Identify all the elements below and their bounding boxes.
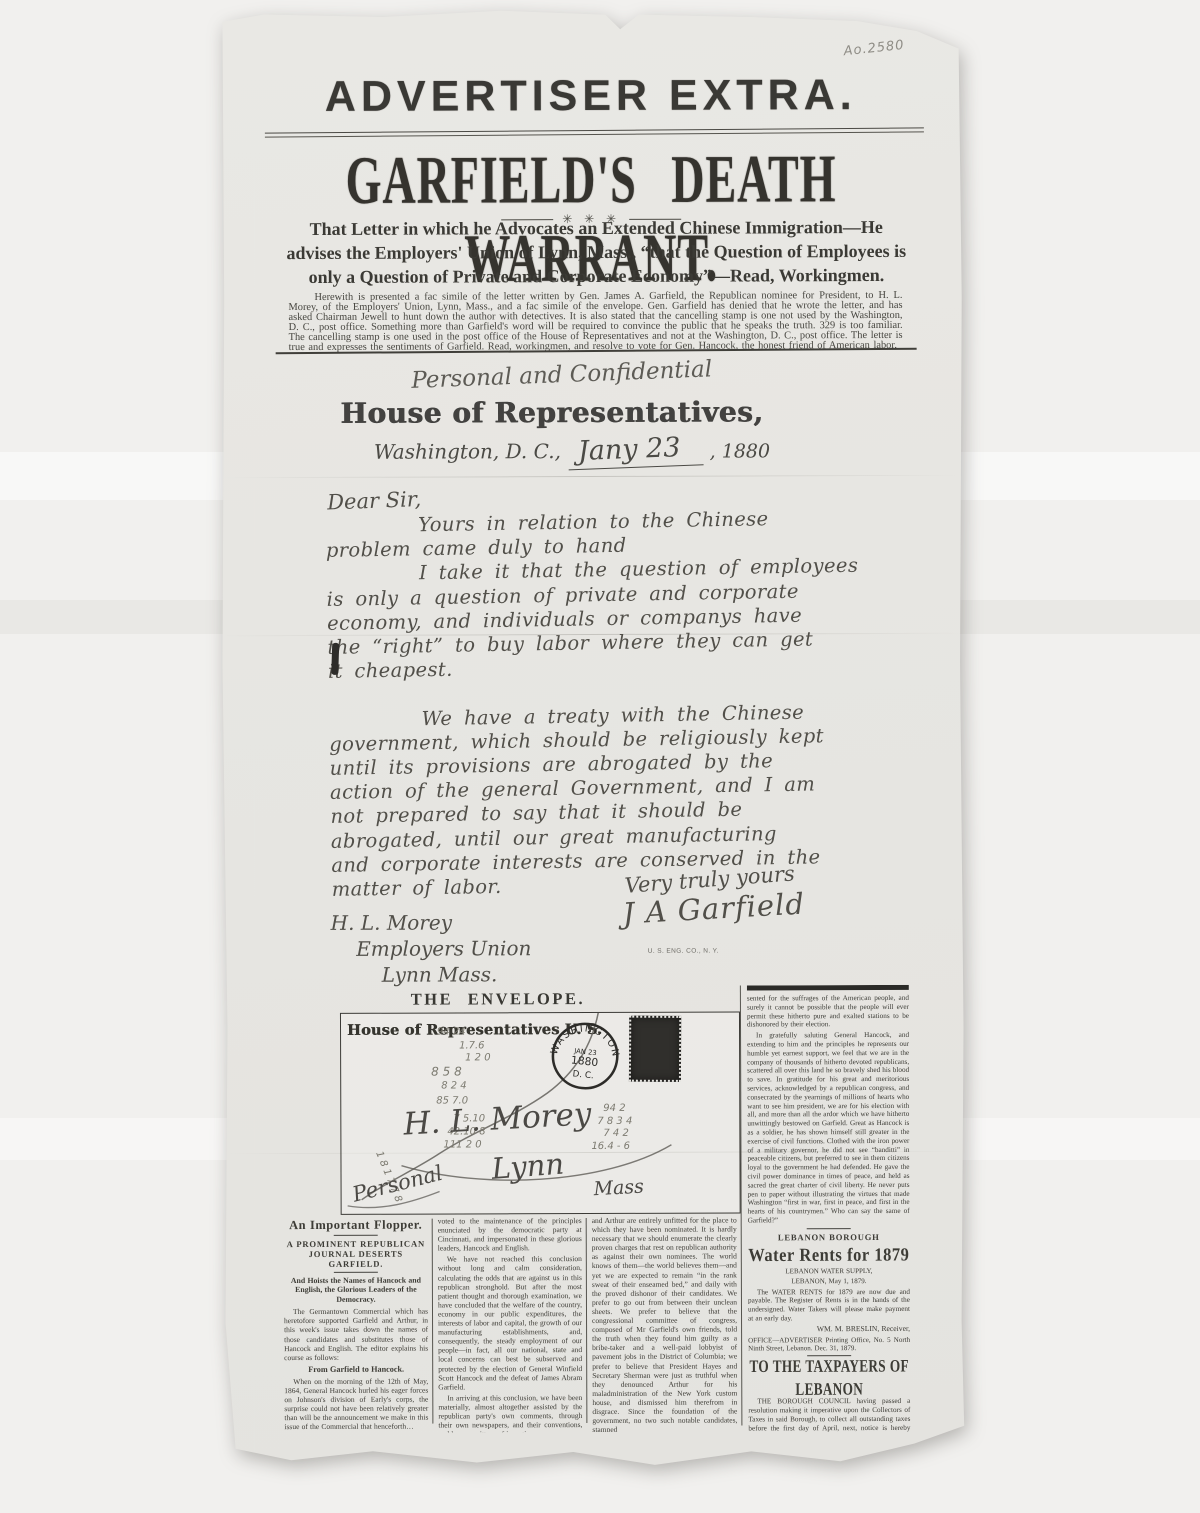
letter-dateline: Washington, D. C., Jany 23 , 1880 xyxy=(221,433,923,469)
masthead: ADVERTISER EXTRA. xyxy=(220,71,962,123)
ink-blot xyxy=(331,643,339,675)
news-block-p: THE BOROUGH COUNCIL having passed a reso… xyxy=(748,1397,910,1433)
news-block-ctr: LEBANON WATER SUPPLY, xyxy=(748,1267,910,1276)
accession-number: Ao.2580 xyxy=(843,38,905,60)
pencil-scribble: 7 8 3 4 xyxy=(597,1116,632,1127)
cancelled-stamp xyxy=(629,1016,681,1082)
addressee-line: Lynn Mass. xyxy=(331,961,532,988)
news-block-ctr: LEBANON, May 1, 1879. xyxy=(748,1277,910,1286)
washington-postmark: WASHINGTON JAN 23 1880 D. C. xyxy=(542,1013,627,1098)
paper-wrapper: Ao.2580 ADVERTISER EXTRA. GARFIELD'S DEA… xyxy=(222,6,964,1468)
news-column-2: voted to the maintenance of the principl… xyxy=(438,1216,583,1433)
letter-addressee: H. L. Morey Employers Union Lynn Mass. xyxy=(331,909,532,988)
pencil-scribble: 94 2 xyxy=(603,1103,625,1114)
column-rule xyxy=(432,1219,434,1424)
envelope-heading: THE ENVELOPE. xyxy=(318,989,678,1010)
postmark-district: D. C. xyxy=(572,1069,594,1081)
news-block-h3: And Hoists the Names of Hancock and Engl… xyxy=(284,1276,428,1305)
engraver-mark: U. S. ENG. CO., N. Y. xyxy=(648,948,719,955)
subheadline: That Letter in which he Advocates an Ext… xyxy=(282,215,910,289)
news-block-shr xyxy=(807,1228,851,1229)
news-block-h1: An Important Flopper. xyxy=(284,1218,428,1233)
news-column-1: An Important Flopper.A PROMINENT REPUBLI… xyxy=(284,1217,429,1434)
letter-salutation: Dear Sir, xyxy=(327,487,422,515)
subhead-line: Question of Private and Corporate Econom… xyxy=(360,265,885,287)
letter-place: Washington, D. C., xyxy=(374,439,561,464)
news-block-p: In gratefully saluting General Hancock, … xyxy=(747,1031,910,1225)
news-block-bar xyxy=(747,985,909,991)
pencil-scribble: 1.7.6 xyxy=(459,1040,484,1051)
news-column-4: sented for the suffrages of the American… xyxy=(747,985,911,1434)
news-column-3: and Arthur are entirely unfitted for the… xyxy=(592,1216,738,1433)
news-block-p: When on the morning of the 12th of May, … xyxy=(284,1376,428,1431)
news-block-p: In arriving at this conclusion, we have … xyxy=(438,1393,582,1433)
news-block-p0: and Arthur are entirely unfitted for the… xyxy=(592,1216,738,1433)
news-block-h2: LEBANON BOROUGH xyxy=(748,1232,910,1243)
news-block-h4: From Garfield to Hancock. xyxy=(284,1364,428,1375)
envelope-facsimile: House of Representatives U. S. WASHINGTO… xyxy=(340,1011,741,1214)
news-block-shr xyxy=(334,1272,378,1273)
pencil-scribble: 1 2 0 xyxy=(465,1052,490,1063)
letter-date-handwritten: Jany 23 xyxy=(567,431,703,470)
broadside-paper: Ao.2580 ADVERTISER EXTRA. GARFIELD'S DEA… xyxy=(219,5,966,1470)
column-rule xyxy=(586,1218,588,1423)
news-block-psm: OFFICE—ADVERTISER Printing Office, No. 5… xyxy=(748,1335,910,1352)
news-block-p: We have not reached this conclusion with… xyxy=(438,1254,582,1391)
news-block-p0: sented for the suffrages of the American… xyxy=(747,994,909,1030)
envelope-address-city: Lynn xyxy=(490,1147,565,1186)
pencil-scribble: 8 2 4 xyxy=(441,1080,466,1091)
pencil-scribble: 111 2 0 xyxy=(443,1139,481,1150)
news-block-p: The Germantown Commercial which has here… xyxy=(284,1307,428,1362)
letter-body: Yours in relation to the Chineseproblem … xyxy=(325,505,892,902)
news-block-h2: A PROMINENT REPUBLICAN JOURNAL DESERTS G… xyxy=(284,1239,428,1270)
pencil-scribble: 16.4 - 6 xyxy=(591,1141,630,1152)
intro-paragraph: Herewith is presented a fac simile of th… xyxy=(288,291,902,353)
news-block-p: The WATER RENTS for 1879 are now due and… xyxy=(748,1287,910,1323)
pencil-scribble: 8 5 8 xyxy=(431,1064,462,1078)
news-block-disp2: TO THE TAXPAYERS OF LEBANON xyxy=(747,1354,911,1400)
news-block-rt: WM. M. BRESLIN, Receiver, xyxy=(748,1325,910,1334)
news-block-disp: Water Rents for 1879 xyxy=(748,1243,910,1266)
letter-confidential-line: Personal and Confidential xyxy=(220,349,902,401)
letter-org-letterhead: House of Representatives, xyxy=(221,395,883,430)
pencil-scribble: 7 4 2 xyxy=(603,1128,628,1139)
pencil-scribble: 94 24 xyxy=(437,1026,466,1037)
news-block-p0: voted to the maintenance of the principl… xyxy=(438,1216,582,1253)
scanned-broadside-page: { "accession": "Ao.2580", "masthead": "A… xyxy=(0,0,1200,1513)
letter-year: , 1880 xyxy=(710,440,771,462)
paper-crease xyxy=(221,475,963,479)
double-rule xyxy=(265,127,924,137)
addressee-line: Employers Union xyxy=(331,935,532,962)
column-rule xyxy=(740,985,743,1425)
news-block-shr xyxy=(334,1235,378,1236)
envelope-address-state: Mass xyxy=(593,1176,644,1201)
postmark-year: 1880 xyxy=(570,1053,599,1069)
envelope-address-name: H. L. Morey xyxy=(402,1096,592,1142)
addressee-line: H. L. Morey xyxy=(331,909,532,936)
